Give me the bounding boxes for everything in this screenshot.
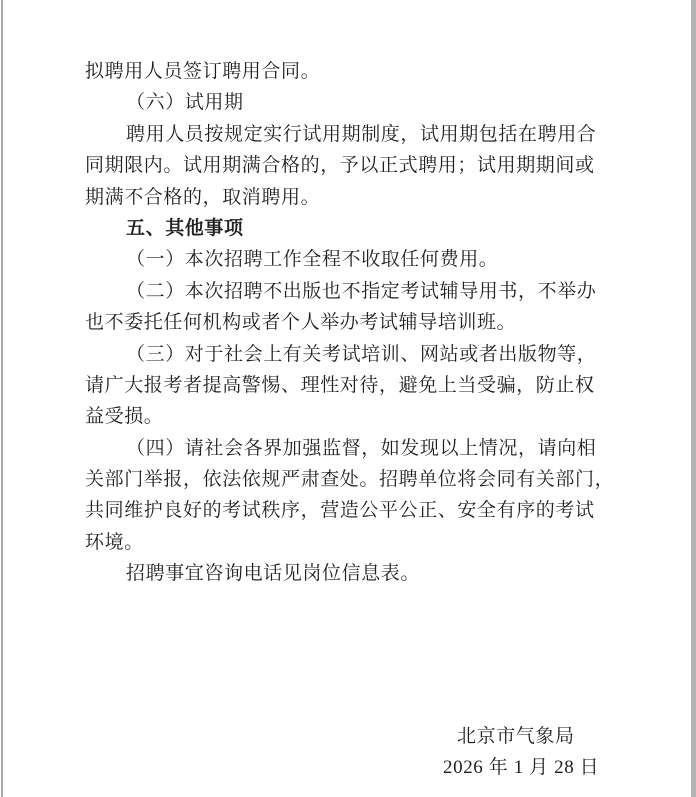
doc-line: 期满不合格的，取消聘用。 bbox=[85, 182, 612, 213]
doc-line: （二）本次招聘不出版也不指定考试辅导用书，不举办 bbox=[85, 276, 612, 307]
doc-line: 聘用人员按规定实行试用期制度，试用期包括在聘用合 bbox=[85, 119, 612, 150]
signature-org: 北京市气象局 bbox=[457, 721, 575, 752]
doc-line: （一）本次招聘工作全程不收取任何费用。 bbox=[85, 244, 612, 275]
doc-line: 也不委托任何机构或者个人举办考试辅导培训班。 bbox=[85, 307, 612, 338]
doc-line: （三）对于社会上有关考试培训、网站或者出版物等， bbox=[85, 339, 612, 370]
doc-line: 请广大报考者提高警惕、理性对待，避免上当受骗，防止权 bbox=[85, 370, 612, 401]
doc-line-subheading-probation: （六）试用期 bbox=[85, 87, 612, 118]
doc-line: 拟聘用人员签订聘用合同。 bbox=[85, 56, 612, 87]
doc-line: （四）请社会各界加强监督，如发现以上情况，请向相 bbox=[85, 433, 612, 464]
doc-line: 招聘事宜咨询电话见岗位信息表。 bbox=[85, 558, 612, 589]
section-heading-other-matters: 五、其他事项 bbox=[85, 213, 612, 244]
doc-line: 关部门举报，依法依规严肃查处。招聘单位将会同有关部门， bbox=[85, 464, 612, 495]
document-page: 拟聘用人员签订聘用合同。 （六）试用期 聘用人员按规定实行试用期制度，试用期包括… bbox=[0, 0, 696, 797]
document-body: 拟聘用人员签订聘用合同。 （六）试用期 聘用人员按规定实行试用期制度，试用期包括… bbox=[85, 56, 612, 590]
signature-date: 2026 年 1 月 28 日 bbox=[443, 752, 599, 783]
doc-line: 同期限内。试用期满合格的，予以正式聘用；试用期期间或 bbox=[85, 150, 612, 181]
doc-line: 益受损。 bbox=[85, 401, 612, 432]
page-left-edge-line bbox=[1, 0, 3, 797]
page-right-edge-strip bbox=[691, 0, 696, 797]
doc-line: 共同维护良好的考试秩序，营造公平公正、安全有序的考试 bbox=[85, 495, 612, 526]
doc-line: 环境。 bbox=[85, 527, 612, 558]
